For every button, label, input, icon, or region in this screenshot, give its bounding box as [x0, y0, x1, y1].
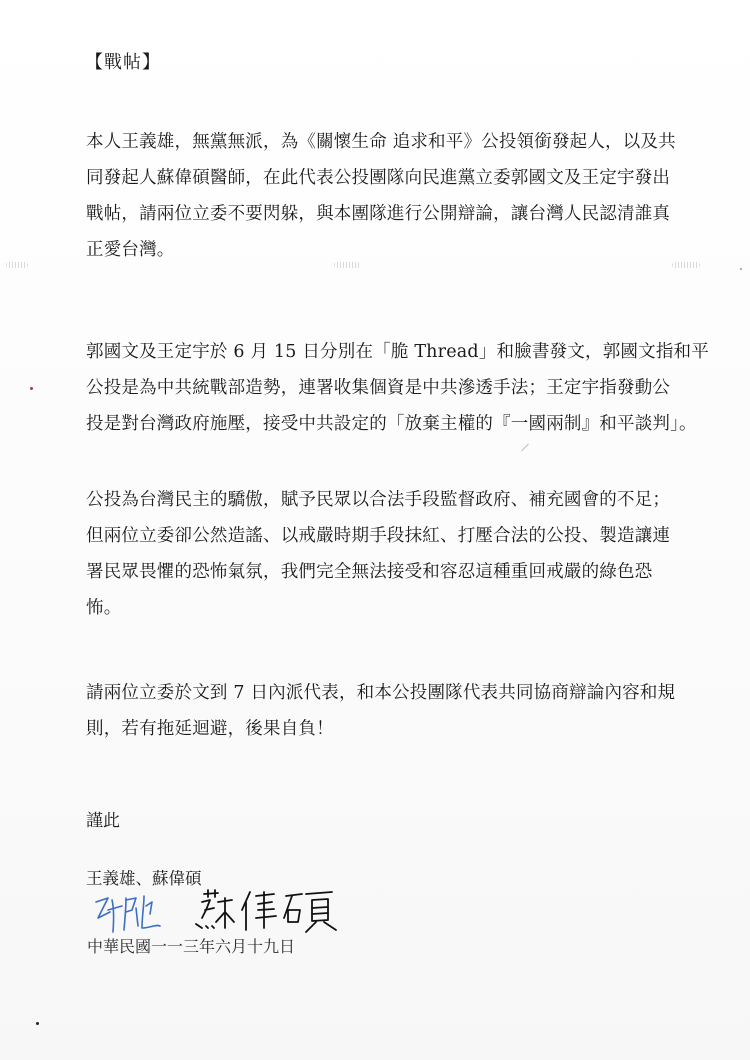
signatures — [92, 888, 352, 936]
paragraph-background: 郭國文及王定宇於 6 月 15 日分別在「脆 Thread」和臉書發文，郭國文指… — [86, 334, 686, 442]
stray-ink-dot — [740, 268, 742, 270]
paragraph-line: 同發起人蘇偉碩醫師，在此代表公投團隊向民進黨立委郭國文及王定宇發出 — [86, 160, 686, 196]
paragraph-line: 本人王義雄，無黨無派，為《關懷生命 追求和平》公投領銜發起人，以及共 — [86, 124, 686, 160]
paragraph-demand: 請兩位立委於文到 7 日內派代表，和本公投團隊代表共同協商辯論內容和規 則，若有… — [86, 675, 686, 747]
paragraph-line: 怖。 — [86, 590, 686, 626]
paragraph-argument: 公投為台灣民主的驕傲，賦予民眾以合法手段監督政府、補充國會的不足； 但兩位立委卻… — [86, 482, 686, 626]
handwritten-signature-icon — [92, 888, 352, 936]
paragraph-line: 投是對台灣政府施壓，接受中共設定的「放棄主權的『一國兩制』和平談判」。 — [86, 406, 686, 442]
paragraph-line: 戰帖，請兩位立委不要閃躲，與本團隊進行公開辯論，讓台灣人民認清誰真 — [86, 196, 686, 232]
stray-red-dot — [30, 387, 33, 390]
stray-ink-dot — [36, 1022, 39, 1025]
paragraph-line: 署民眾畏懼的恐怖氣氛，我們完全無法接受和容忍這種重回戒嚴的綠色恐 — [86, 554, 686, 590]
paragraph-line: 公投是為中共統戰部造勢，連署收集個資是中共滲透手法；王定宇指發動公 — [86, 370, 686, 406]
scan-smudge — [6, 262, 28, 268]
paragraph-line: 請兩位立委於文到 7 日內派代表，和本公投團隊代表共同協商辯論內容和規 — [86, 675, 686, 711]
paragraph-line: 郭國文及王定宇於 6 月 15 日分別在「脆 Thread」和臉書發文，郭國文指… — [86, 334, 686, 370]
scan-smudge — [672, 262, 700, 268]
document-title: 【戰帖】 — [85, 48, 161, 74]
scan-smudge — [334, 262, 360, 268]
scanned-letter-page: 【戰帖】 本人王義雄，無黨無派，為《關懷生命 追求和平》公投領銜發起人，以及共 … — [0, 0, 750, 1060]
closing-salutation: 謹此 — [86, 806, 120, 831]
paragraph-challenge: 本人王義雄，無黨無派，為《關懷生命 追求和平》公投領銜發起人，以及共 同發起人蘇… — [86, 124, 686, 268]
paragraph-line: 但兩位立委卻公然造謠、以戒嚴時期手段抹紅、打壓合法的公投、製造讓連 — [86, 518, 686, 554]
signer-names: 王義雄、蘇偉碩 — [86, 865, 202, 889]
document-date: 中華民國一一三年六月十九日 — [87, 934, 295, 957]
paragraph-line: 公投為台灣民主的驕傲，賦予民眾以合法手段監督政府、補充國會的不足； — [86, 482, 686, 518]
stray-pencil-mark — [521, 444, 529, 452]
paragraph-line: 則，若有拖延迴避，後果自負！ — [86, 711, 686, 747]
paragraph-line: 正愛台灣。 — [86, 232, 686, 268]
